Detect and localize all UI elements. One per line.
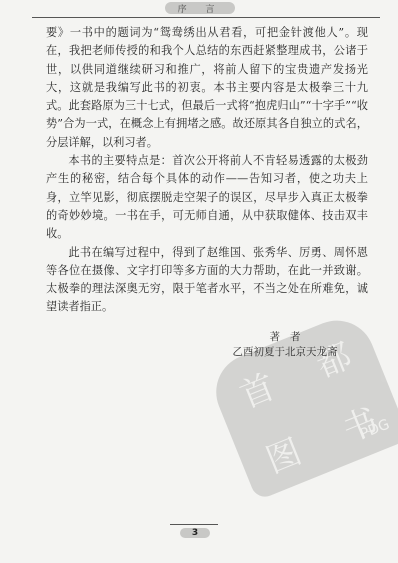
paragraph-2: 本书的主要特点是：首次公开将前人不肯轻易透露的太极劲产生的秘密，结合每个具体的动… xyxy=(46,152,368,243)
section-title-tab: 序 言 xyxy=(165,2,235,14)
page-number: 3 xyxy=(192,528,198,538)
paragraph-3: 此书在编写过程中，得到了赵维国、张秀华、厉勇、周怀恩等各位在摄像、文字打印等多方… xyxy=(46,244,368,317)
seal-glyph: 图 xyxy=(257,424,307,482)
paragraph-1: 要》一书中的题词为“鸳鸯绣出从君看，可把金针渡他人”。现在，我把老师传授的和我个… xyxy=(46,24,368,152)
signature-block: 著者 乙酉初夏于北京天龙斋 xyxy=(210,330,360,360)
header-divider xyxy=(32,17,380,18)
page-number-badge: 3 xyxy=(180,528,210,538)
body-text: 要》一书中的题词为“鸳鸯绣出从君看，可把金针渡他人”。现在，我把老师传授的和我个… xyxy=(46,24,368,317)
signature-date-place: 乙酉初夏于北京天龙斋 xyxy=(210,345,360,360)
footer-divider xyxy=(170,524,218,525)
signature-author: 著者 xyxy=(210,330,360,345)
section-title: 序 言 xyxy=(178,2,223,15)
seal-glyph: 首 xyxy=(231,359,281,417)
